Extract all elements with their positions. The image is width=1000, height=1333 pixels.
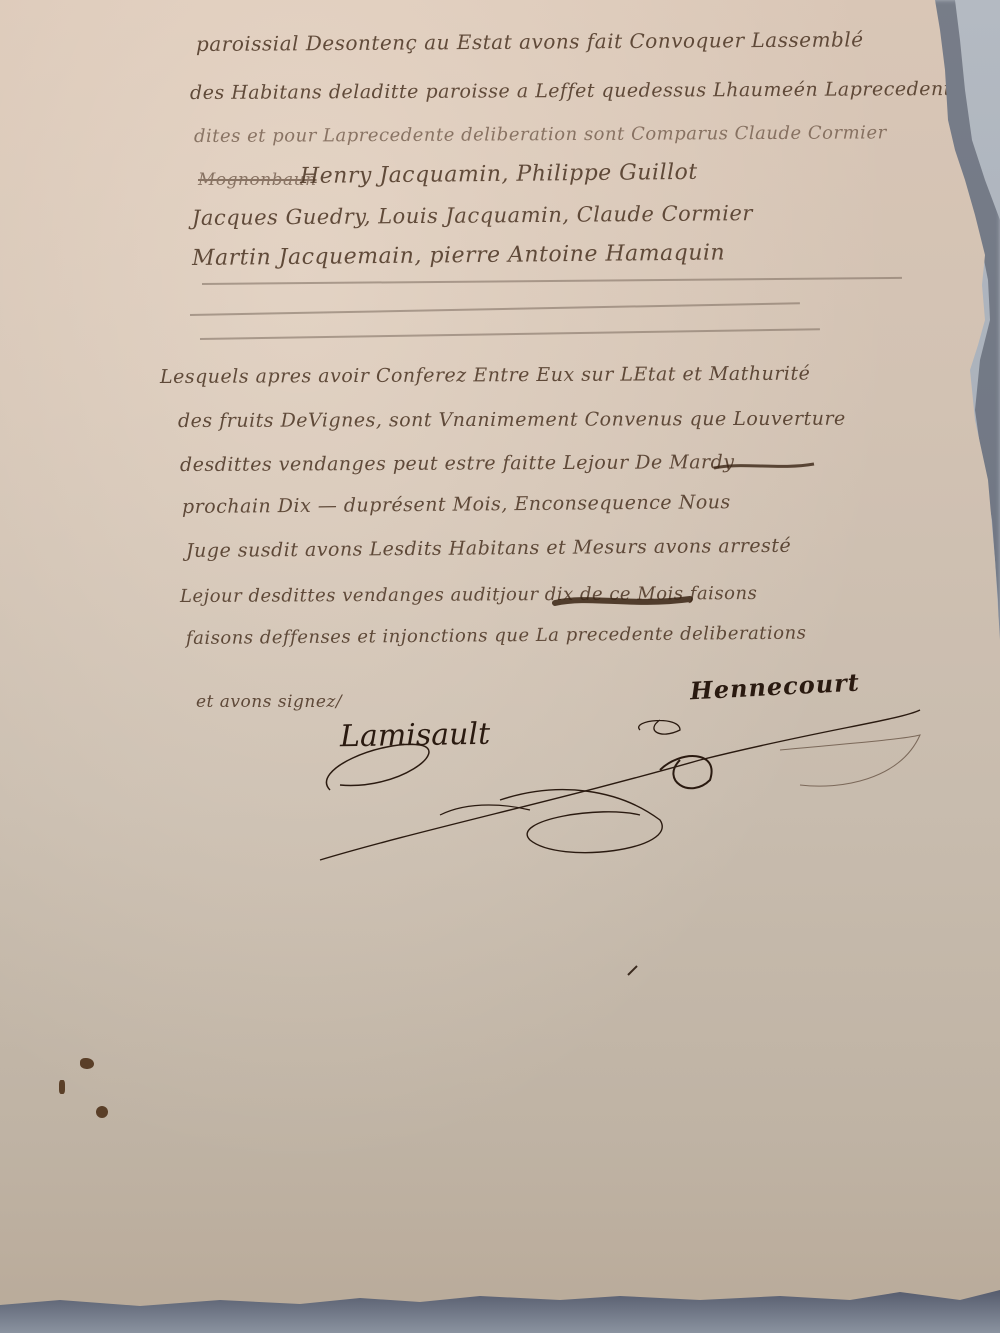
signature-lamisault: Lamisault — [340, 717, 491, 755]
signature-lamisault-flourish — [300, 690, 940, 870]
manuscript-text: paroissial Desontenç au Estat avons fait… — [0, 0, 1000, 1333]
text-line-9: desdittes vendanges peut estre faitte Le… — [180, 451, 735, 476]
ruled-line-2 — [190, 302, 800, 316]
struck-word-1: Mognonbaun — [198, 170, 317, 190]
text-line-2: des Habitans deladitte paroisse a Leffet… — [190, 78, 964, 104]
text-line-6: Martin Jacquemain, pierre Antoine Hamaqu… — [192, 240, 725, 271]
worm-hole-3 — [96, 1106, 108, 1118]
manuscript-page: paroissial Desontenç au Estat avons fait… — [0, 0, 1000, 1333]
text-line-8: des fruits DeVignes, sont Vnanimement Co… — [178, 408, 846, 432]
text-line-7: Lesquels apres avoir Conferez Entre Eux … — [160, 363, 810, 388]
worm-hole-2 — [59, 1080, 65, 1094]
ruled-line-3 — [200, 328, 820, 340]
text-line-4: Henry Jacquamin, Philippe Guillot — [300, 160, 698, 189]
ink-strike-mardy — [710, 448, 820, 478]
text-line-5: Jacques Guedry, Louis Jacquamin, Claude … — [192, 201, 753, 230]
text-line-10: prochain Dix — duprésent Mois, Enconsequ… — [182, 491, 731, 518]
ruled-line-1 — [202, 277, 902, 285]
worm-hole-1 — [80, 1058, 94, 1069]
text-line-1: paroissial Desontenç au Estat avons fait… — [196, 27, 864, 56]
text-line-11: Juge susdit avons Lesdits Habitans et Me… — [186, 535, 791, 562]
ink-speck — [625, 960, 645, 980]
text-line-13: faisons deffenses et injonctions que La … — [186, 623, 807, 649]
text-line-3: dites et pour Laprecedente deliberation … — [194, 122, 887, 147]
ink-strike-blot — [550, 585, 700, 615]
